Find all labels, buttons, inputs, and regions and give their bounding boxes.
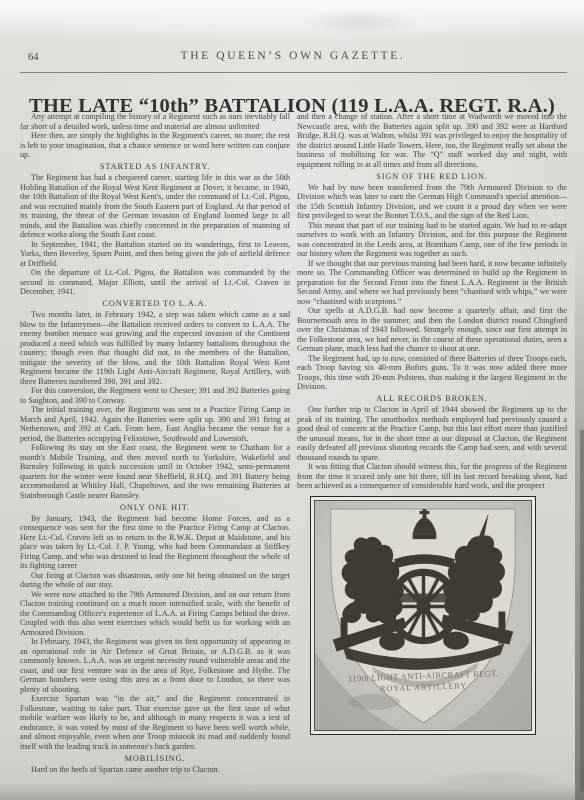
article-paragraph: If we thought that our previous training… [297,259,567,307]
article-paragraph: It was fitting that Clacton should witne… [297,462,567,491]
crown-cross-bar [420,511,430,514]
column-right-wrap: and then a change of station. After a sh… [297,112,567,735]
article-paragraph: On the departure of Lt.-Col. Pigou, the … [20,268,290,297]
article-paragraph: One further trip to Clacton in April of … [297,405,567,462]
article-paragraph: The Regiment had, up to now, consisted o… [297,354,567,392]
section-heading: STARTED AS INFANTRY. [20,162,290,171]
scan-edge-right-dark [580,430,584,792]
section-heading: ALL RECORDS BROKEN. [297,394,567,403]
article-paragraph: This meant that part of our training had… [297,221,567,259]
article-paragraph: Our firing at Clacton was disastrous, on… [20,571,290,590]
photo-blemish [349,693,400,709]
article-paragraph: In February, 1943, the Regiment was give… [20,637,290,694]
article-paragraph: Any attempt at compiling the history of … [20,112,290,131]
article-paragraph: Hard on the heels of Spartan came anothe… [20,765,290,775]
article-paragraph: The Regiment has had a chequered career,… [20,173,290,240]
article-body: Any attempt at compiling the history of … [20,112,567,774]
regimental-crest-photo: 119th LIGHT ANTI-AIRCRAFT REGT. ROYAL AR… [310,496,536,735]
carriage-post-left [341,617,348,647]
page-header: 64 THE QUEEN’S OWN GAZETTE. [20,50,566,66]
article-paragraph: Our spells at A.D.G.B. had now become a … [297,306,567,354]
section-heading: ONLY ONE HIT. [20,503,290,512]
crest-photo-frame: 119th LIGHT ANTI-AIRCRAFT REGT. ROYAL AR… [314,500,532,731]
page-number: 64 [28,52,39,63]
column-left: Any attempt at compiling the history of … [20,112,290,774]
crown-band [413,533,437,539]
column-right: and then a change of station. After a sh… [297,112,567,491]
wheel-hub [417,599,431,613]
crest-illustration: 119th LIGHT ANTI-AIRCRAFT REGT. ROYAL AR… [315,501,531,730]
scan-edge-right [575,235,584,800]
gun-wheel [390,572,457,640]
article-paragraph: The initial training over, the Regiment … [20,405,290,443]
paper-stain [300,8,420,34]
scan-edge-bottom [0,782,584,800]
article-paragraph: and then a change of station. After a sh… [297,112,567,169]
carriage-post-right [498,611,505,643]
article-paragraph: We were now attached to the 79th Armoure… [20,590,290,638]
article-paragraph: For this conversion, the Regiment went t… [20,386,290,405]
article-paragraph: Exercise Spartan was “in the air,” and t… [20,694,290,751]
section-heading: SIGN OF THE RED LION. [297,172,567,181]
article-paragraph: Following its stay on the East coast, th… [20,443,290,500]
section-heading: MOBILISING. [20,754,290,763]
scan-light-top [0,0,584,42]
masthead: THE QUEEN’S OWN GAZETTE. [20,50,566,62]
article-paragraph: By January, 1943, the Regiment had becom… [20,514,290,571]
article-paragraph: Two months later, in February 1942, a st… [20,310,290,386]
article-paragraph: We had by now been transferred from the … [297,183,567,221]
section-heading: CONVERTED TO L.A.A. [20,299,290,308]
header-rule [20,72,567,73]
article-paragraph: Here then, are simply the highlights in … [20,131,290,160]
article-paragraph: In September, 1941, the Battalion starte… [20,240,290,269]
